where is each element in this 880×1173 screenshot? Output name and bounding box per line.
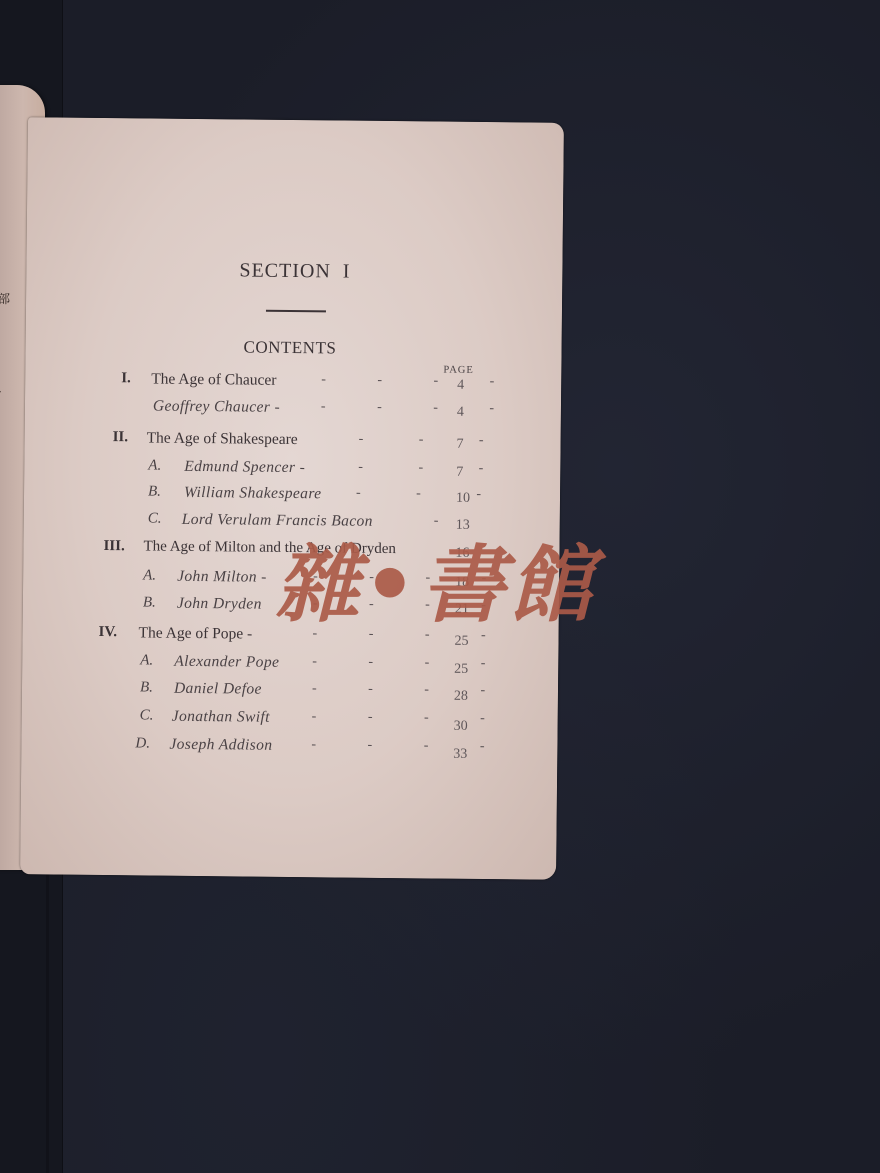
toc-title: Edmund Spencer - [184,458,305,477]
toc-entry: B. Daniel Defoe - - - - 28 [22,678,558,708]
toc-entry: II. The Age of Shakespeare - - - 7 [24,428,560,458]
toc-title: John Dryden [177,595,262,614]
toc-letter: A. [143,567,156,584]
toc-letter: C. [148,510,162,527]
cover-seam [46,860,49,1173]
toc-leader: - - - [356,486,507,504]
facing-page-glyph: · [0,385,2,399]
toc-title: Geoffrey Chaucer - [153,398,280,417]
toc-number: I. [121,370,131,387]
contents-heading: CONTENTS [243,337,336,358]
toc-leader: - - - [359,432,510,450]
section-title: SECTION I [239,259,350,283]
toc-entry: Geoffrey Chaucer - - - - - 4 [25,396,561,426]
toc-leader: - - - [358,460,509,478]
toc-entry: I. The Age of Chaucer - - - - 4 [25,369,561,399]
contents-page: SECTION I CONTENTS PAGE I. The Age of Ch… [20,117,564,880]
toc-letter: B. [148,483,161,500]
toc-number: IV. [98,624,117,641]
toc-title: Alexander Pope [174,653,279,672]
toc-letter: C. [140,707,154,724]
toc-entry: A. Edmund Spencer - - - - 7 [24,456,560,486]
toc-entry: D. Joseph Addison - - - - 33 [21,734,557,764]
toc-page-number: 33 [453,747,467,763]
toc-leader: - - - - [321,372,518,390]
toc-page-number: 30 [454,719,468,735]
toc-title: The Age of Shakespeare [147,429,298,449]
toc-letter: A. [140,652,153,669]
toc-leader: - - - - [311,737,508,755]
toc-title: Lord Verulam Francis Bacon [182,511,373,531]
toc-page-number: 4 [457,405,464,421]
toc-page-number: 25 [454,662,468,678]
toc-leader: - - - - [312,681,509,699]
toc-page-number: 28 [454,689,468,705]
watermark-stamp: 雜•書館 [275,530,605,640]
toc-entry: A. Alexander Pope - - - - 25 [22,651,558,681]
toc-page-number: 7 [456,437,463,453]
toc-page-number: 7 [456,465,463,481]
toc-title: The Age of Chaucer [151,371,276,390]
toc-title: Jonathan Swift [172,708,270,727]
toc-leader: - - - - [312,709,509,727]
toc-letter: D. [135,735,150,752]
toc-entry: B. William Shakespeare - - - 10 [24,482,560,512]
toc-letter: B. [143,594,156,611]
toc-entry: C. Jonathan Swift - - - - 30 [22,706,558,736]
toc-page-number: 4 [457,378,464,394]
toc-number: III. [103,538,124,555]
toc-leader: - - - - [321,399,518,417]
toc-letter: A. [148,457,161,474]
toc-leader: - - - - [312,654,509,672]
facing-page-glyph: 部 [0,290,10,307]
title-rule [266,310,326,313]
toc-number: II. [113,429,129,446]
toc-title: Joseph Addison [169,736,272,755]
toc-title: John Milton - [177,568,267,587]
toc-page-number: 10 [456,491,470,507]
toc-title: Daniel Defoe [174,680,262,699]
toc-title: William Shakespeare [184,484,322,503]
toc-title: The Age of Pope - [138,624,252,643]
toc-letter: B. [140,679,153,696]
